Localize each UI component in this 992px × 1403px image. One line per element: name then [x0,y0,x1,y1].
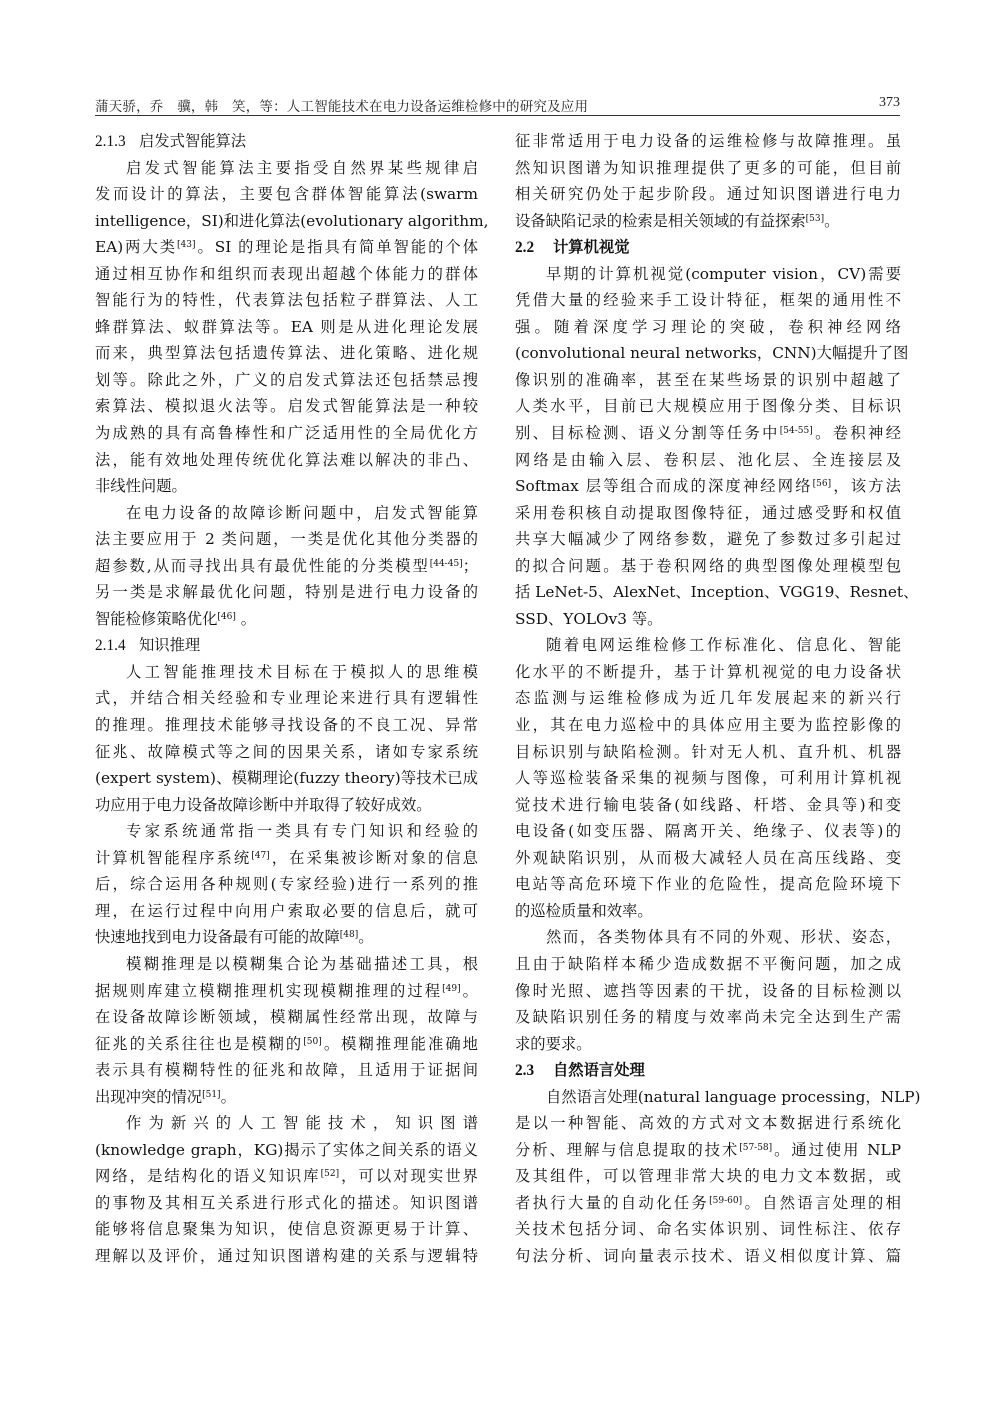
text-run: 。 [358,928,373,946]
text-run: 理，在运行过程中向用户索取必要的信息后，就可 [95,902,478,920]
text-line: 及其组件，可以管理非常大块的电力文本数据，或 [515,1163,901,1190]
text-run: 。 [461,982,478,1000]
text-line: 征兆、故障模式等之间的因果关系，诸如专家系统 [95,739,478,766]
text-run: 。 [221,1088,236,1106]
text-line: 态监测与运维检修成为近几年发展起来的新兴行 [515,685,901,712]
citation-ref: [51] [202,1090,220,1100]
text-line: (convolutional neural networks，CNN)大幅提升了… [515,340,901,367]
text-line: 在电力设备的故障诊断问题中，启发式智能算 [95,500,478,527]
text-run: 网络，是结构化的语义知识库 [95,1167,321,1185]
text-run: 。SI 的理论是指具有简单智能的个体 [195,238,478,256]
text-run: 。 [824,212,839,230]
text-line: 而来，典型算法包括遗传算法、进化策略、进化规 [95,340,478,367]
text-run: 为成熟的具有高鲁棒性和广泛适用性的全局优化方 [95,424,478,442]
section-title: 知识推理 [139,636,200,654]
text-run: 法，能有效地处理传统优化算法难以解决的非凸、 [95,451,478,469]
text-line: 电设备(如变压器、隔离开关、绝缘子、仪表等)的 [515,818,901,845]
text-run: 启发式智能算法主要指受自然界某些规律启 [126,159,478,177]
text-run: 然知识图谱为知识推理提供了更多的可能，但目前 [515,159,901,177]
section-heading: 2.1.4知识推理 [95,632,478,659]
text-run: 业，其在电力巡检中的具体应用主要为监控影像的 [515,716,901,734]
text-run: 相关研究仍处于起步阶段。通过知识图谱进行电力 [515,185,901,203]
text-line: 的巡检质量和效率。 [515,898,901,925]
text-line: 网络，是结构化的语义知识库[52]，可以对现实世界 [95,1163,478,1190]
text-run: 像时光照、遮挡等因素的干扰，设备的目标检测以 [515,982,901,1000]
text-run: 征兆的关系往往也是模糊的 [95,1035,303,1053]
text-line: 相关研究仍处于起步阶段。通过知识图谱进行电力 [515,181,901,208]
text-line: 索算法、模拟退火法等。启发式智能算法是一种较 [95,393,478,420]
text-run: 电站等高危环境下作业的危险性，提高危险环境下 [515,875,901,893]
text-run: 索算法、模拟退火法等。启发式智能算法是一种较 [95,397,478,415]
text-run: 在电力设备的故障诊断问题中，启发式智能算 [126,504,478,522]
section-number: 2.1.3 [95,129,139,156]
text-run: 的事物及其相互关系进行形式化的描述。知识图谱 [95,1194,478,1212]
text-line: 表示具有模糊特性的征兆和故障，且适用于证据间 [95,1057,478,1084]
text-run: 智能检修策略优化 [95,610,217,628]
text-line: 另一类是求解最优化问题，特别是进行电力设备的 [95,579,478,606]
text-run: 化水平的不断提升，基于计算机视觉的电力设备状 [515,663,901,681]
text-run: 人类水平，目前已大规模应用于图像分类、目标识 [515,397,901,415]
text-line: 能够将信息聚集为知识，使信息资源更易于计算、 [95,1216,478,1243]
text-line: 设备缺陷记录的检索是相关领域的有益探索[53]。 [515,208,901,235]
text-line: 自然语言处理(natural language processing，NLP) [515,1084,901,1111]
text-line: SSD、YOLOv3 等。 [515,606,901,633]
text-run: 出现冲突的情况 [95,1088,202,1106]
section-heading: 2.3自然语言处理 [515,1057,901,1084]
section-number: 2.1.4 [95,633,139,660]
text-line: EA)两大类[43]。SI 的理论是指具有简单智能的个体 [95,234,478,261]
text-run: 人等巡检装备采集的视频与图像，可利用计算机视 [515,769,901,787]
text-line: 启发式智能算法主要指受自然界某些规律启 [95,155,478,182]
text-line: 超参数,从而寻找出具有最优性能的分类模型[44-45]； [95,553,478,580]
text-run: 能够将信息聚集为知识，使信息资源更易于计算、 [95,1220,478,1238]
text-line: 求的要求。 [515,1031,901,1058]
citation-ref: [52] [321,1169,339,1179]
text-line: 出现冲突的情况[51]。 [95,1084,478,1111]
text-run: 快速地找到电力设备最有可能的故障 [95,928,340,946]
text-line: 电站等高危环境下作业的危险性，提高危险环境下 [515,871,901,898]
text-run: 且由于缺陷样本稀少造成数据不平衡问题，加之成 [515,955,901,973]
text-run: 。通过使用 NLP [772,1141,901,1159]
text-line: 分析、理解与信息提取的技术[57-58]。通过使用 NLP [515,1137,901,1164]
text-run: 像识别的准确率，甚至在某些场景的识别中超越了 [515,371,901,389]
text-line: 理解以及评价，通过知识图谱构建的关系与逻辑特 [95,1243,478,1270]
text-line: 法，能有效地处理传统优化算法难以解决的非凸、 [95,447,478,474]
text-run: 及缺陷识别任务的精度与效率尚未完全达到生产需 [515,1008,901,1026]
text-run: 功应用于电力设备故障诊断中并取得了较好成效。 [95,796,432,814]
text-line: 人类水平，目前已大规模应用于图像分类、目标识 [515,393,901,420]
running-title: 蒲天骄，乔 骥，韩 笑，等：人工智能技术在电力设备运维检修中的研究及应用 [95,95,588,115]
text-line: 理，在运行过程中向用户索取必要的信息后，就可 [95,898,478,925]
text-line: 共享大幅减少了网络参数，避免了参数过多引起过 [515,526,901,553]
text-run: 括 LeNet-5、AlexNet、Inception、VGG19、Resnet… [515,583,918,601]
text-run: (convolutional neural networks，CNN)大幅提升了… [515,344,908,362]
text-run: 征兆、故障模式等之间的因果关系，诸如专家系统 [95,743,478,761]
text-line: 句法分析、词向量表示技术、语义相似度计算、篇 [515,1243,901,1270]
text-line: 及缺陷识别任务的精度与效率尚未完全达到生产需 [515,1004,901,1031]
text-line: 发而设计的算法，主要包含群体智能算法(swarm [95,181,478,208]
text-line: (knowledge graph，KG)揭示了实体之间关系的语义 [95,1137,478,1164]
running-header: 蒲天骄，乔 骥，韩 笑，等：人工智能技术在电力设备运维检修中的研究及应用 373 [95,93,900,116]
text-run: 。自然语言处理的相 [742,1194,901,1212]
text-line: 作为新兴的人工智能技术，知识图谱 [95,1110,478,1137]
text-run: 的巡检质量和效率。 [515,902,653,920]
text-run: 分析、理解与信息提取的技术 [515,1141,739,1159]
text-run: 模糊推理是以模糊集合论为基础描述工具，根 [126,955,478,973]
citation-ref: [48] [340,930,358,940]
text-line: intelligence，SI)和进化算法(evolutionary algor… [95,208,478,235]
text-line: 为成熟的具有高鲁棒性和广泛适用性的全局优化方 [95,420,478,447]
text-run: 设备缺陷记录的检索是相关领域的有益探索 [515,212,806,230]
text-run: 电设备(如变压器、隔离开关、绝缘子、仪表等)的 [515,822,901,840]
text-run: 强。随着深度学习理论的突破，卷积神经网络 [515,318,901,336]
text-line: 在设备故障诊断领域，模糊属性经常出现，故障与 [95,1004,478,1031]
text-line: (expert system)、模糊理论(fuzzy theory)等技术已成 [95,765,478,792]
page-number: 373 [879,95,900,111]
text-line: 然知识图谱为知识推理提供了更多的可能，但目前 [515,155,901,182]
text-run: 非线性问题。 [95,477,187,495]
citation-ref: [46] [217,612,235,622]
section-number: 2.3 [515,1058,553,1085]
text-line: 化水平的不断提升，基于计算机视觉的电力设备状 [515,659,901,686]
text-run: 。模糊推理能准确地 [322,1035,478,1053]
text-run: 句法分析、词向量表示技术、语义相似度计算、篇 [515,1247,901,1265]
text-line: 关技术包括分词、命名实体识别、词性标注、依存 [515,1216,901,1243]
text-run: 外观缺陷识别，从而极大减轻人员在高压线路、变 [515,849,901,867]
citation-ref: [53] [806,214,824,224]
text-run: 及其组件，可以管理非常大块的电力文本数据，或 [515,1167,901,1185]
citation-ref: [56] [813,479,831,489]
text-line: 通过相互协作和组织而表现出超越个体能力的群体 [95,261,478,288]
text-run: 发而设计的算法，主要包含群体智能算法(swarm [95,185,478,203]
text-run: 别、目标检测、语义分割等任务中 [515,424,780,442]
text-line: 目标识别与缺陷检测。针对无人机、直升机、机器 [515,739,901,766]
text-line: 智能行为的特性，代表算法包括粒子群算法、人工 [95,287,478,314]
text-run: 求的要求。 [515,1035,592,1053]
text-run: 然而，各类物体具有不同的外观、形状、姿态， [546,928,901,946]
section-heading: 2.2计算机视觉 [515,234,901,261]
text-line: 式，并结合相关经验和专业理论来进行具有逻辑性 [95,685,478,712]
text-line: 像识别的准确率，甚至在某些场景的识别中超越了 [515,367,901,394]
text-line: 划等。除此之外，广义的启发式算法还包括禁忌搜 [95,367,478,394]
text-run: 表示具有模糊特性的征兆和故障，且适用于证据间 [95,1061,478,1079]
text-run: 专家系统通常指一类具有专门知识和经验的 [126,822,478,840]
text-line: 人工智能推理技术目标在于模拟人的思维模 [95,659,478,686]
section-heading: 2.1.3启发式智能算法 [95,128,478,155]
text-line: 计算机智能程序系统[47]，在采集被诊断对象的信息 [95,845,478,872]
citation-ref: [47] [251,851,269,861]
text-line: 法主要应用于 2 类问题，一类是优化其他分类器的 [95,526,478,553]
text-run: 凭借大量的经验来手工设计特征，框架的通用性不 [515,291,901,309]
text-line: 然而，各类物体具有不同的外观、形状、姿态， [515,924,901,951]
text-run: 蜂群算法、蚁群算法等。EA 则是从进化理论发展 [95,318,478,336]
text-run: 另一类是求解最优化问题，特别是进行电力设备的 [95,583,478,601]
text-run: 法主要应用于 2 类问题，一类是优化其他分类器的 [95,530,478,548]
text-line: 别、目标检测、语义分割等任务中[54-55]。卷积神经 [515,420,901,447]
text-run: 而来，典型算法包括遗传算法、进化策略、进化规 [95,344,478,362]
text-run: 的拟合问题。基于卷积网络的典型图像处理模型包 [515,557,901,575]
text-line: 蜂群算法、蚁群算法等。EA 则是从进化理论发展 [95,314,478,341]
text-run: 。卷积神经 [813,424,901,442]
citation-ref: [54-55] [780,426,813,436]
text-run: ，该方法 [831,477,901,495]
text-run: 通过相互协作和组织而表现出超越个体能力的群体 [95,265,478,283]
text-line: Softmax 层等组合而成的深度神经网络[56]，该方法 [515,473,901,500]
text-run: 计算机智能程序系统 [95,849,251,867]
text-run: 的推理。推理技术能够寻找设备的不良工况、异常 [95,716,478,734]
text-run: intelligence，SI)和进化算法(evolutionary algor… [95,212,488,230]
text-run: 目标识别与缺陷检测。针对无人机、直升机、机器 [515,743,901,761]
text-run: ； [463,557,478,575]
text-run: ，可以对现实世界 [339,1167,478,1185]
text-run: Softmax 层等组合而成的深度神经网络 [515,477,813,495]
text-line: 随着电网运维检修工作标准化、信息化、智能 [515,632,901,659]
text-run: 觉技术进行输电装备(如线路、杆塔、金具等)和变 [515,796,901,814]
text-line: 人等巡检装备采集的视频与图像，可利用计算机视 [515,765,901,792]
left-column: 2.1.3启发式智能算法启发式智能算法主要指受自然界某些规律启发而设计的算法，主… [95,128,478,1270]
text-line: 模糊推理是以模糊集合论为基础描述工具，根 [95,951,478,978]
text-run: 后，综合运用各种规则(专家经验)进行一系列的推 [95,875,478,893]
text-run: 共享大幅减少了网络参数，避免了参数过多引起过 [515,530,901,548]
citation-ref: [49] [442,984,460,994]
citation-ref: [43] [177,240,195,250]
text-line: 业，其在电力巡检中的具体应用主要为监控影像的 [515,712,901,739]
text-run: 者执行大量的自动化任务 [515,1194,709,1212]
text-run: 随着电网运维检修工作标准化、信息化、智能 [546,636,901,654]
text-run: 是以一种智能、高效的方式对文本数据进行系统化 [515,1114,901,1132]
section-title: 计算机视觉 [553,238,630,256]
text-line: 的事物及其相互关系进行形式化的描述。知识图谱 [95,1190,478,1217]
citation-ref: [44-45] [430,559,463,569]
citation-ref: [59-60] [709,1196,742,1206]
text-run: 超参数,从而寻找出具有最优性能的分类模型 [95,557,430,575]
text-run: 自然语言处理(natural language processing，NLP) [546,1088,921,1106]
text-line: 者执行大量的自动化任务[59-60]。自然语言处理的相 [515,1190,901,1217]
section-title: 自然语言处理 [553,1061,645,1079]
citation-ref: [50] [303,1037,321,1047]
text-run: 智能行为的特性，代表算法包括粒子群算法、人工 [95,291,478,309]
text-run: 据规则库建立模糊推理机实现模糊推理的过程 [95,982,442,1000]
text-line: 快速地找到电力设备最有可能的故障[48]。 [95,924,478,951]
text-run: 态监测与运维检修成为近几年发展起来的新兴行 [515,689,901,707]
text-run: 早期的计算机视觉(computer vision，CV)需要 [546,265,901,283]
text-run: 在设备故障诊断领域，模糊属性经常出现，故障与 [95,1008,478,1026]
right-column: 征非常适用于电力设备的运维检修与故障推理。虽然知识图谱为知识推理提供了更多的可能… [515,128,901,1270]
text-line: 早期的计算机视觉(computer vision，CV)需要 [515,261,901,288]
text-line: 功应用于电力设备故障诊断中并取得了较好成效。 [95,792,478,819]
text-run: 采用卷积核自动提取图像特征，通过感受野和权值 [515,504,901,522]
text-run: (knowledge graph，KG)揭示了实体之间关系的语义 [95,1141,478,1159]
text-line: 外观缺陷识别，从而极大减轻人员在高压线路、变 [515,845,901,872]
text-line: 采用卷积核自动提取图像特征，通过感受野和权值 [515,500,901,527]
text-run: SSD、YOLOv3 等。 [515,610,662,628]
text-run: (expert system)、模糊理论(fuzzy theory)等技术已成 [95,769,478,787]
text-line: 征兆的关系往往也是模糊的[50]。模糊推理能准确地 [95,1031,478,1058]
section-number: 2.2 [515,235,553,262]
text-line: 是以一种智能、高效的方式对文本数据进行系统化 [515,1110,901,1137]
text-run: 式，并结合相关经验和专业理论来进行具有逻辑性 [95,689,478,707]
text-line: 的拟合问题。基于卷积网络的典型图像处理模型包 [515,553,901,580]
text-run: 网络是由输入层、卷积层、池化层、全连接层及 [515,451,901,469]
text-run: 关技术包括分词、命名实体识别、词性标注、依存 [515,1220,901,1238]
text-line: 网络是由输入层、卷积层、池化层、全连接层及 [515,447,901,474]
citation-ref: [57-58] [739,1143,772,1153]
text-run: 作为新兴的人工智能技术，知识图谱 [126,1114,478,1132]
text-line: 像时光照、遮挡等因素的干扰，设备的目标检测以 [515,978,901,1005]
text-line: 后，综合运用各种规则(专家经验)进行一系列的推 [95,871,478,898]
text-run: 。 [236,610,256,628]
text-run: EA)两大类 [95,238,177,256]
text-line: 智能检修策略优化[46] 。 [95,606,478,633]
text-line: 征非常适用于电力设备的运维检修与故障推理。虽 [515,128,901,155]
text-line: 觉技术进行输电装备(如线路、杆塔、金具等)和变 [515,792,901,819]
text-run: 人工智能推理技术目标在于模拟人的思维模 [126,663,478,681]
text-line: 的推理。推理技术能够寻找设备的不良工况、异常 [95,712,478,739]
text-line: 括 LeNet-5、AlexNet、Inception、VGG19、Resnet… [515,579,901,606]
text-line: 且由于缺陷样本稀少造成数据不平衡问题，加之成 [515,951,901,978]
text-run: 理解以及评价，通过知识图谱构建的关系与逻辑特 [95,1247,478,1265]
text-run: 征非常适用于电力设备的运维检修与故障推理。虽 [515,132,901,150]
text-line: 强。随着深度学习理论的突破，卷积神经网络 [515,314,901,341]
text-run: ，在采集被诊断对象的信息 [270,849,478,867]
section-title: 启发式智能算法 [139,132,246,150]
text-run: 划等。除此之外，广义的启发式算法还包括禁忌搜 [95,371,478,389]
text-line: 非线性问题。 [95,473,478,500]
text-line: 凭借大量的经验来手工设计特征，框架的通用性不 [515,287,901,314]
text-line: 据规则库建立模糊推理机实现模糊推理的过程[49]。 [95,978,478,1005]
text-line: 专家系统通常指一类具有专门知识和经验的 [95,818,478,845]
